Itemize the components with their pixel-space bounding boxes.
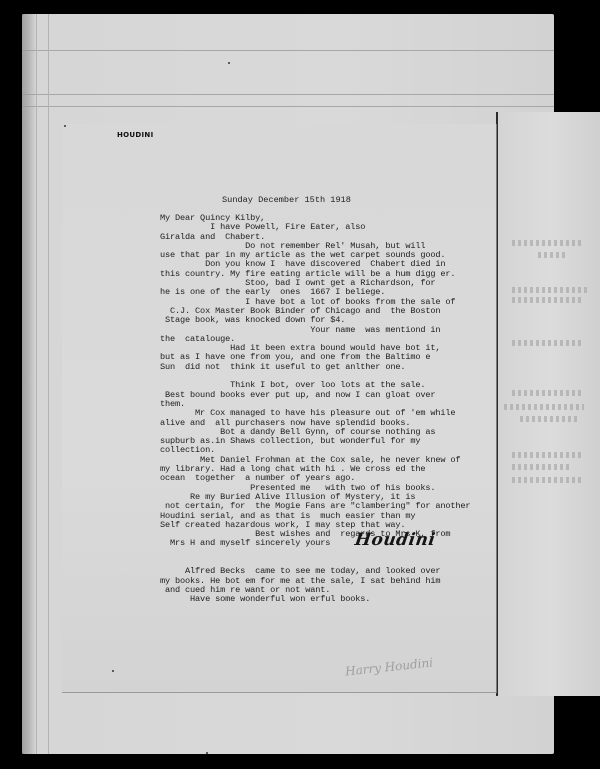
ruled-line <box>22 50 554 51</box>
scan-speck <box>228 62 230 64</box>
letter-date: Sunday December 15th 1918 <box>222 195 351 205</box>
page-edge-shadow <box>22 14 36 754</box>
margin-line <box>48 14 49 754</box>
ghost-text-line <box>512 287 587 293</box>
ruled-line <box>22 106 554 107</box>
handwritten-signature: Houdini <box>354 530 437 550</box>
scan-speck <box>112 670 114 672</box>
ghost-text-line <box>512 240 582 246</box>
letter-line: Have some wonderful won erful books. <box>160 595 500 604</box>
underlying-right-page <box>496 112 600 696</box>
ghost-text-line <box>512 340 584 346</box>
ghost-text-line <box>512 477 582 483</box>
ghost-text-line <box>520 416 580 422</box>
letter-line: Best bound books ever put up, and now I … <box>160 391 500 400</box>
ghost-text-line <box>512 464 572 470</box>
ghost-text-line <box>504 404 584 410</box>
letterhead-label: HOUDINI <box>117 131 153 139</box>
letter-line <box>160 549 500 558</box>
scan-speck <box>64 125 66 127</box>
margin-line <box>36 14 37 754</box>
letter-body: My Dear Quincy Kilby, I have Powell, Fir… <box>160 214 500 604</box>
ghost-text-line <box>512 452 582 458</box>
ghost-text-line <box>512 390 584 396</box>
letter-line: Mrs H and myself sincerely yours <box>160 539 500 548</box>
ghost-text-line <box>512 297 582 303</box>
ghost-text-line <box>538 252 568 258</box>
letter-lines: I have Powell, Fire Eater, alsoGiralda a… <box>160 223 500 604</box>
letter-line: Sun did not think it useful to get anlth… <box>160 363 500 372</box>
scan-speck <box>206 752 208 754</box>
ruled-line <box>22 94 554 95</box>
